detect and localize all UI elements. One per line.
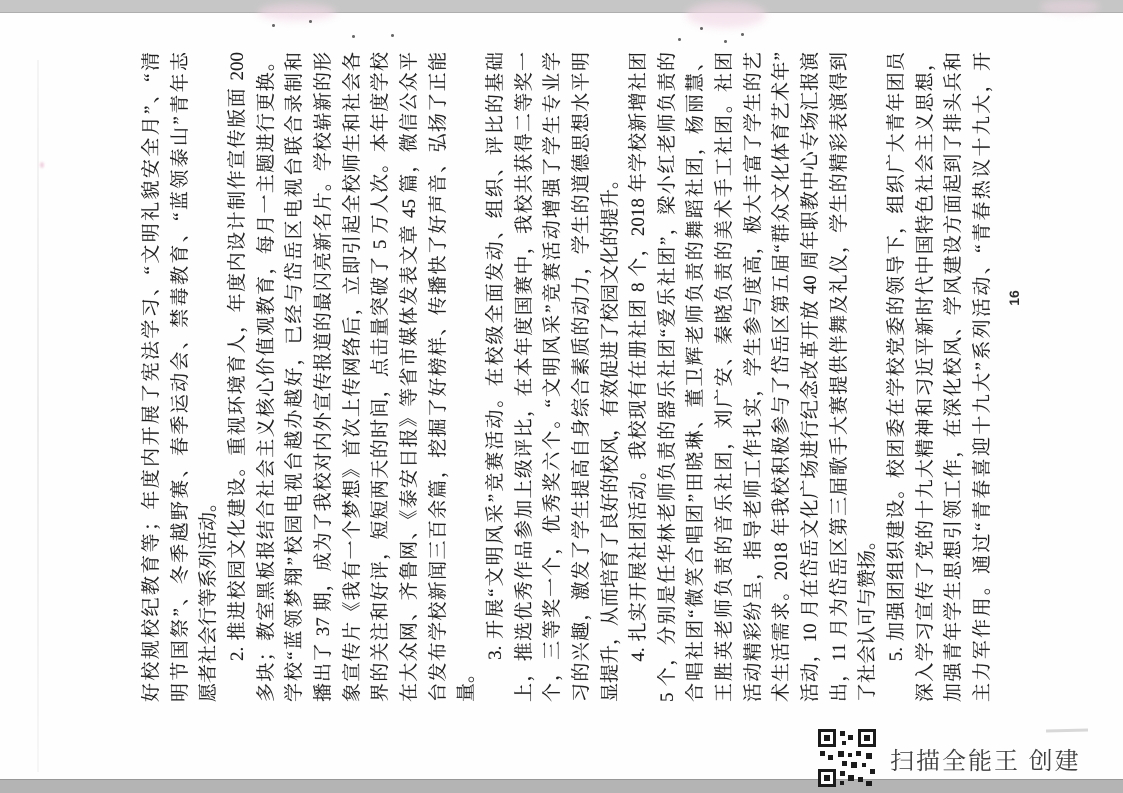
- watermark-text: 扫描全能王 创建: [890, 741, 1081, 776]
- paper-crease-line: [37, 60, 39, 772]
- text-line: 个，三等奖一个，优秀奖六个。“文明风采”竞赛活动增强了学生专业学: [539, 52, 568, 702]
- dust-speck: [352, 35, 355, 38]
- text-line: 了社会认可与赞扬。: [854, 52, 883, 702]
- scanner-band-top: [0, 0, 1123, 13]
- text-line: 主力军作用。通过“青春喜迎十九大”系列活动、“青春热议十九大，开: [969, 52, 998, 702]
- text-line: 学校“蓝领梦翔”校园电视台越办越好，已经与岱岳区电视台联合录制和: [281, 52, 310, 702]
- page-number: 16: [994, 278, 1034, 318]
- pink-smudge: [1040, 0, 1100, 14]
- text-line: 显提升，从而培育了良好的校风，有效促进了校园文化的提升。: [597, 52, 626, 702]
- text-line: 在大众网、齐鲁网、《泰安日报》等省市媒体发表文章 45 篇，微信公众平: [396, 52, 425, 702]
- text-line: 深入学习宣传了党的十九大精神和习近平新时代中国特色社会主义思想，: [912, 52, 941, 702]
- text-line: 量。: [453, 52, 482, 702]
- text-line: 多块；教室黑板报结合社会主义核心价值观教育，每月一主题进行更换。: [253, 52, 282, 702]
- qr-code-icon: [818, 729, 876, 787]
- pink-smudge: [258, 4, 336, 21]
- dust-speck: [700, 27, 703, 30]
- rotated-text-region: 好校规校纪教育等；年度内开展了宪法学习、“文明礼貌安全月”、“清明节国祭”、冬季…: [138, 52, 998, 702]
- text-line: 出，11 月为岱岳区第三届歌手大赛提供伴舞及礼仪，学生的精彩表演得到: [826, 52, 855, 702]
- text-line: 界的关注和好评，短短两天的时间，点击量突破了 5 万人次。本年度学校: [367, 52, 396, 702]
- text-line: 4. 扎实开展社团活动。我校现有在册社团 8 个，2018 年学校新增社团: [625, 52, 654, 702]
- document-text-block: 好校规校纪教育等；年度内开展了宪法学习、“文明礼貌安全月”、“清明节国祭”、冬季…: [138, 52, 998, 702]
- text-line: 活动，10 月在岱岳文化广场进行纪念改革开放 40 周年职教中心专场汇报演: [797, 52, 826, 702]
- text-line: 5 个，分别是任华林老师负责的器乐社团“爱乐社团”，梁小红老师负责的: [654, 52, 683, 702]
- pink-ink-dot: [40, 162, 44, 168]
- dust-speck: [678, 38, 681, 41]
- text-line: 象宣传片《我有一个梦想》首次上传网络后，立即引起全校师生和社会各: [339, 52, 368, 702]
- pink-smudge: [686, 2, 766, 28]
- dust-speck: [724, 40, 727, 43]
- camscanner-watermark: 扫描全能王 创建: [818, 728, 1081, 788]
- text-line: 活动精彩纷呈，指导老师工作扎实，学生参与度高，极大丰富了学生的艺: [740, 52, 769, 702]
- text-line: 愿者社会行等系列活动。: [195, 52, 224, 702]
- dust-speck: [391, 34, 394, 37]
- text-line: 台发布学校新闻三百余篇，挖掘了好榜样、传播快了好声音、弘扬了正能: [425, 52, 454, 702]
- text-line: 播出了 37 期，成为了我校对内外宣传报道的最闪亮新名片。学校崭新的形: [310, 52, 339, 702]
- text-line: 术生活需求。2018 年我校积极参与了岱岳区第五届“群众文化体育艺术年”: [768, 52, 797, 702]
- text-line: 明节国祭”、冬季越野赛、春季运动会、禁毒教育、“蓝领泰山”青年志: [167, 52, 196, 702]
- dust-speck: [741, 33, 744, 36]
- text-line: 习的兴趣，激发了学生提高自身综合素质的动力，学生的道德思想水平明: [568, 52, 597, 702]
- text-line: 2. 推进校园文化建设。重视环境育人，年度内设计制作宣传版面 200: [224, 52, 253, 702]
- text-line: 合唱社团“微笑合唱团”田晓琳、董卫辉老师负责的舞蹈社团，杨丽慧、: [682, 52, 711, 702]
- text-line: 3. 开展“文明风采”竞赛活动。在校级全面发动、组织、评比的基础: [482, 52, 511, 702]
- text-line: 王胜英老师负责的音乐社团，刘广安、秦晓负责的美术手工社团。社团: [711, 52, 740, 702]
- text-line: 好校规校纪教育等；年度内开展了宪法学习、“文明礼貌安全月”、“清: [138, 52, 167, 702]
- dust-speck: [309, 20, 312, 23]
- text-line: 加强青年学生思想引领工作，在深化校风、学风建设方面起到了排头兵和: [940, 52, 969, 702]
- scanned-document-page: { "page": { "number": "16", "lines": [ {…: [0, 0, 1123, 793]
- text-line: 5. 加强团组织建设。校团委在学校党委的领导下，组织广大青年团员: [883, 52, 912, 702]
- dust-speck: [272, 24, 275, 27]
- text-line: 上，推选优秀作品参加上级评比，在本年度国赛中，我校共获得二等奖一: [511, 52, 540, 702]
